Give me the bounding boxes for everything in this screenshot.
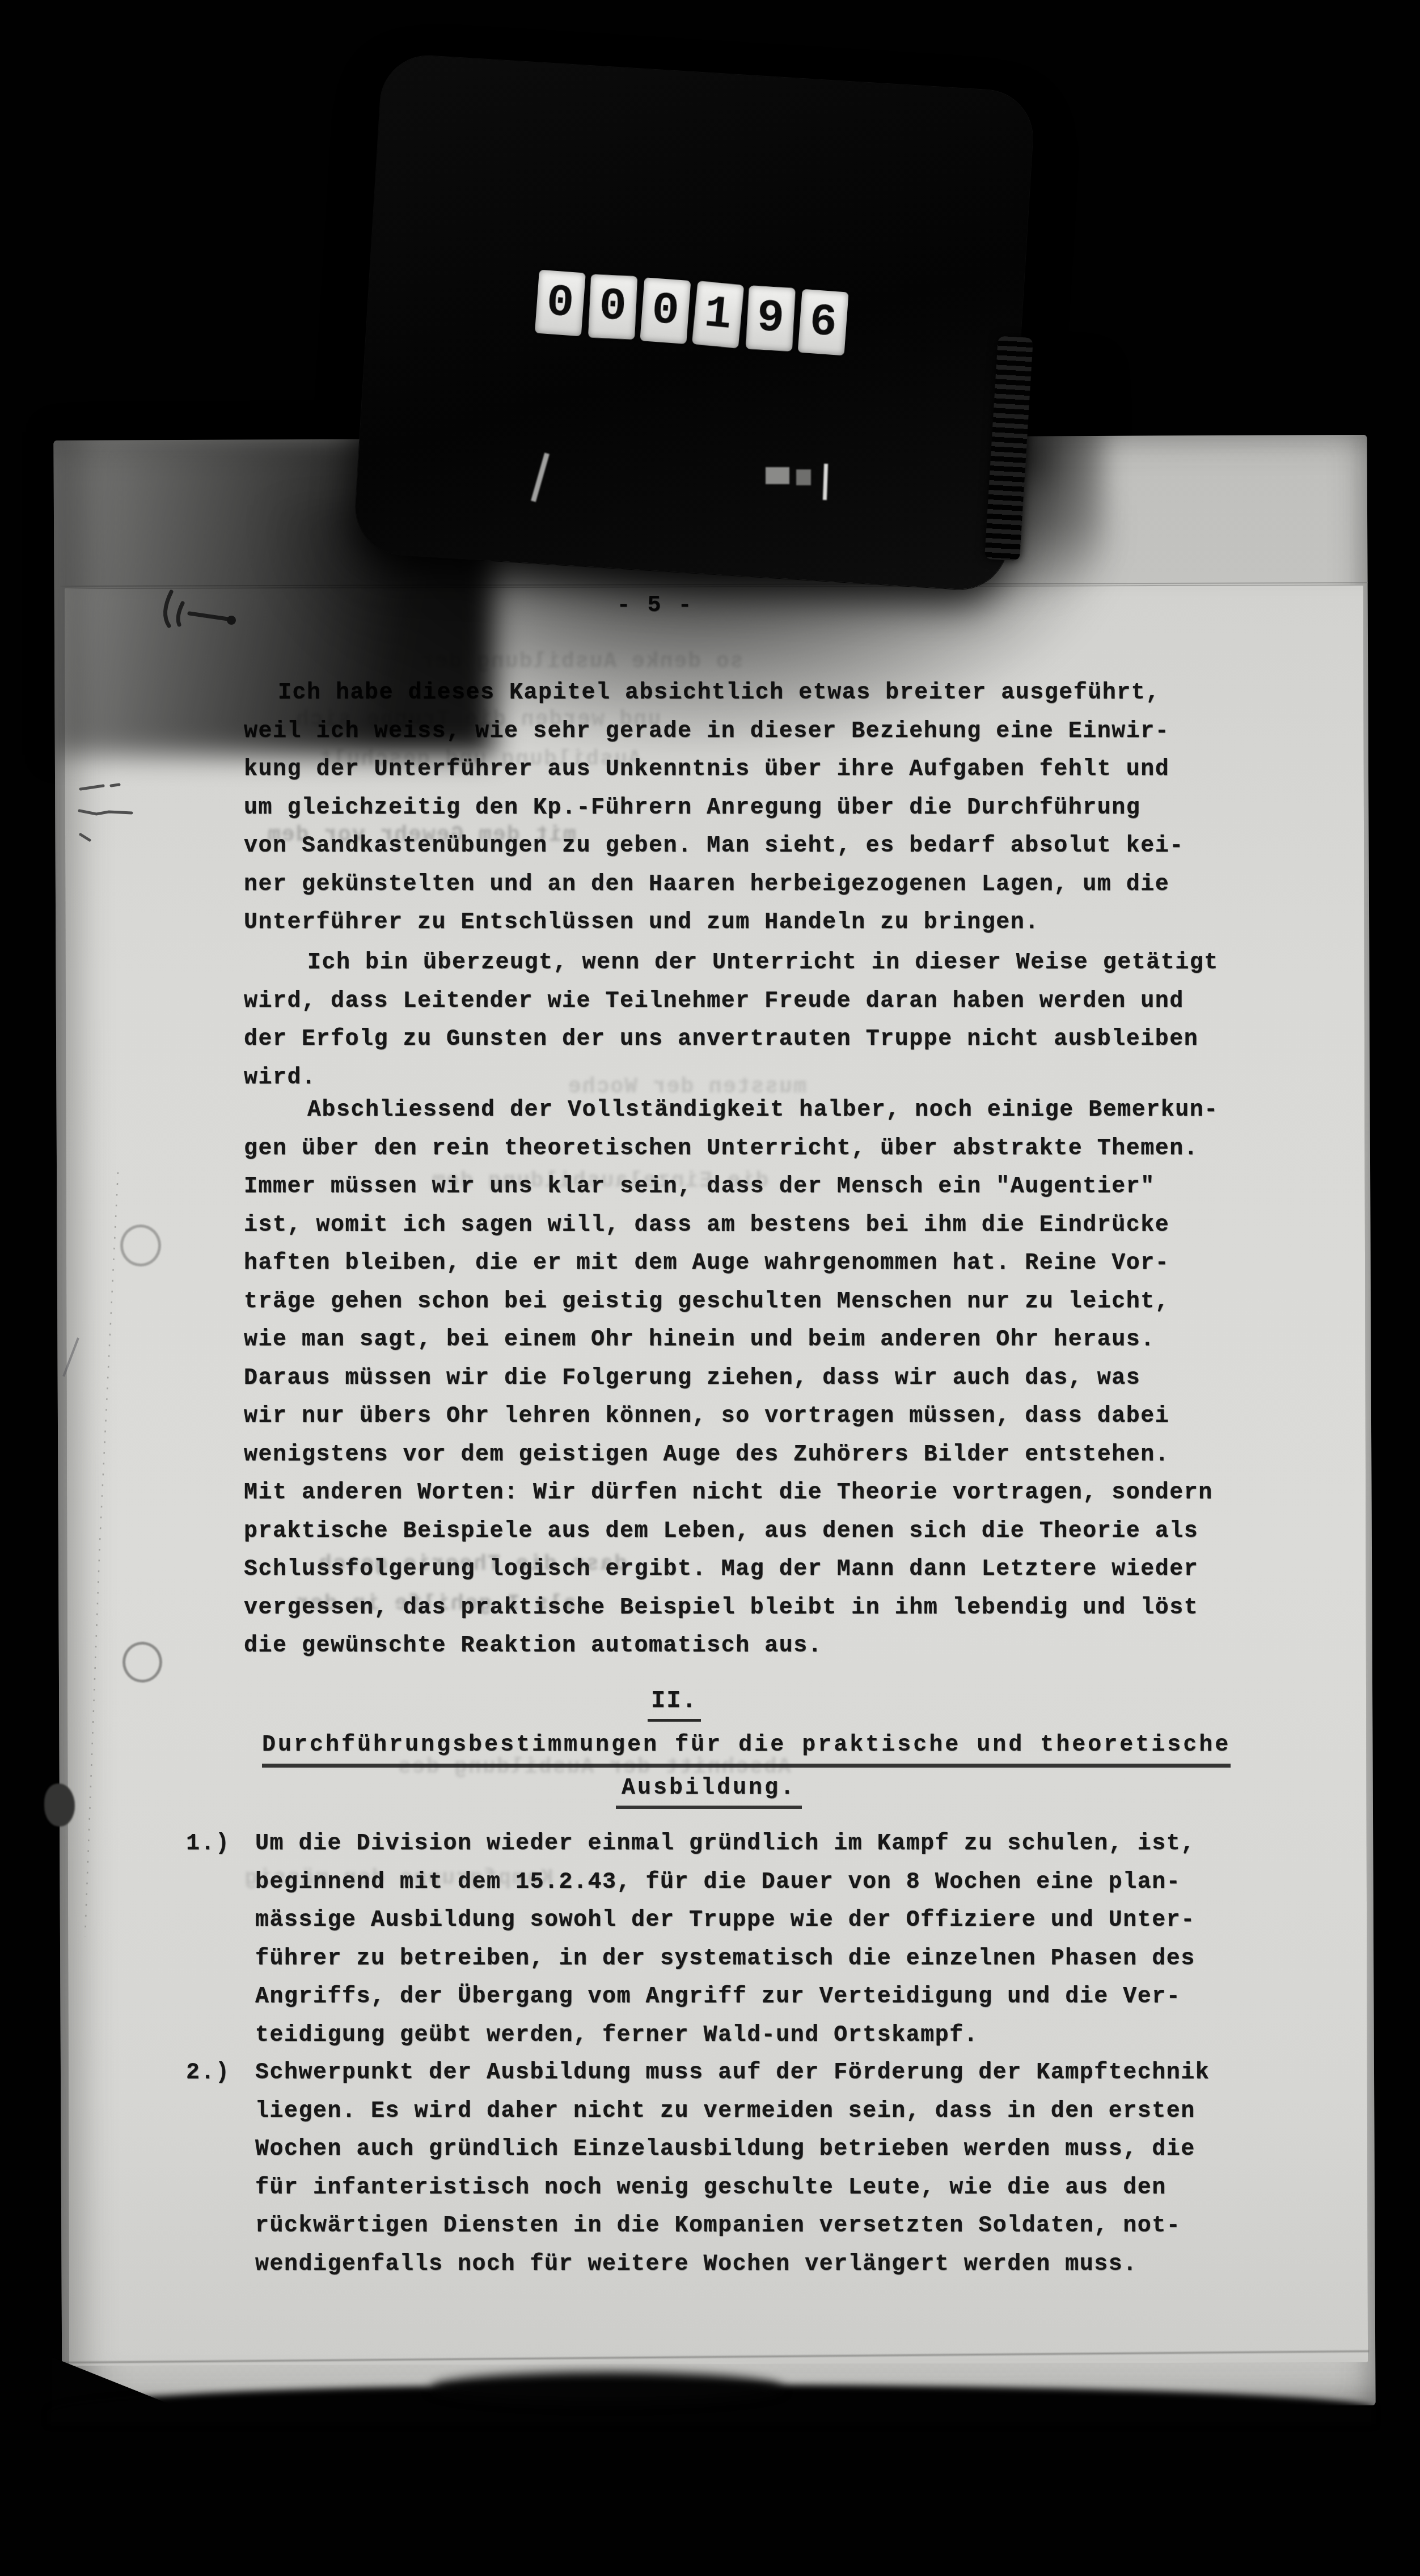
text-line: Angriffs, der Übergang vom Angriff zur V…: [255, 1978, 1253, 2016]
paragraph-1: Ich habe dieses Kapitel absichtlich etwa…: [244, 674, 1242, 942]
counter-digit: 0: [535, 270, 586, 337]
counter-digit: 1: [692, 281, 744, 348]
text-line: mässige Ausbildung sowohl der Truppe wie…: [255, 1901, 1253, 1940]
text-line: teidigung geübt werden, ferner Wald-und …: [255, 2016, 1253, 2055]
text-line: wie man sagt, bei einem Ohr hinein und b…: [244, 1321, 1242, 1359]
text-line: Schlussfolgerung logisch ergibt. Mag der…: [244, 1550, 1242, 1589]
text-line: praktische Beispiele aus dem Leben, aus …: [244, 1512, 1242, 1551]
text-line: Ich bin überzeugt, wenn der Unterricht i…: [244, 944, 1242, 982]
list-marker-1: 1.): [186, 1825, 230, 1863]
text-line: Unterführer zu Entschlüssen und zum Hand…: [244, 904, 1242, 942]
text-line: gen über den rein theoretischen Unterric…: [244, 1130, 1242, 1168]
device-label-mark: [766, 467, 789, 484]
text-line: Mit anderen Worten: Wir dürfen nicht die…: [244, 1474, 1242, 1512]
text-line: für infanteristisch noch wenig geschulte…: [255, 2169, 1253, 2208]
paragraph-3: Abschliessend der Vollständigkeit halber…: [244, 1091, 1242, 1666]
counter-digit: 9: [746, 286, 796, 351]
section-title-line1: Durchführungsbestimmungen für die prakti…: [262, 1732, 1231, 1768]
text-line: Wochen auch gründlich Einzelausbildung b…: [255, 2130, 1253, 2169]
section-numeral: II.: [648, 1687, 701, 1722]
text-line: ist, womit ich sagen will, dass am beste…: [244, 1206, 1242, 1245]
text-line: rückwärtigen Diensten in die Kompanien v…: [255, 2207, 1253, 2245]
text-line: um gleichzeitig den Kp.-Führern Anregung…: [244, 789, 1242, 828]
text-line: beginnend mit dem 15.2.43, für die Dauer…: [255, 1863, 1253, 1902]
text-line: der Erfolg zu Gunsten der uns anvertraut…: [244, 1020, 1242, 1059]
text-line: von Sandkastenübungen zu geben. Man sieh…: [244, 827, 1242, 866]
scanned-document-photo: so denke Ausbildung der und werden die T…: [0, 0, 1420, 2576]
counter-digit: 6: [798, 289, 849, 356]
section-title-line2: Ausbildung.: [616, 1776, 802, 1809]
text-line: die gewünschte Reaktion automatisch aus.: [244, 1627, 1242, 1666]
text-line: ner gekünstelten und an den Haaren herbe…: [244, 866, 1242, 904]
text-line: Immer müssen wir uns klar sein, dass der…: [244, 1168, 1242, 1206]
page-number: - 5 -: [584, 593, 726, 618]
text-line: Um die Division wieder einmal gründlich …: [255, 1825, 1253, 1863]
text-line: haften bleiben, die er mit dem Auge wahr…: [244, 1244, 1242, 1283]
text-line: wendigenfalls noch für weitere Wochen ve…: [255, 2245, 1253, 2284]
text-line: wir nur übers Ohr lehren können, so vort…: [244, 1397, 1242, 1436]
text-line: Schwerpunkt der Ausbildung muss auf der …: [255, 2054, 1253, 2092]
text-line: Ich habe dieses Kapitel absichtlich etwa…: [244, 674, 1242, 713]
list-item-2: Schwerpunkt der Ausbildung muss auf der …: [255, 2054, 1253, 2283]
text-line: führer zu betreiben, in der systematisch…: [255, 1940, 1253, 1978]
text-line: vergessen, das praktische Beispiel bleib…: [244, 1589, 1242, 1628]
text-line: träge gehen schon bei geistig geschulten…: [244, 1283, 1242, 1321]
list-item-1: Um die Division wieder einmal gründlich …: [255, 1825, 1253, 2054]
text-line: kung der Unterführer aus Unkenntnis über…: [244, 751, 1242, 789]
text-line: Daraus müssen wir die Folgerung ziehen, …: [244, 1359, 1242, 1398]
text-line: wird, dass Leitender wie Teilnehmer Freu…: [244, 982, 1242, 1021]
list-marker-2: 2.): [186, 2054, 230, 2092]
text-line: weil ich weiss, wie sehr gerade in diese…: [244, 713, 1242, 751]
text-line: Abschliessend der Vollständigkeit halber…: [244, 1091, 1242, 1130]
counter-digit: 0: [588, 274, 637, 340]
device-label-mark-2: [796, 469, 811, 485]
text-line: liegen. Es wird daher nicht zu vermeiden…: [255, 2092, 1253, 2131]
paragraph-2: Ich bin überzeugt, wenn der Unterricht i…: [244, 944, 1242, 1097]
text-line: wenigstens vor dem geistigen Auge des Zu…: [244, 1436, 1242, 1475]
counter-digit: 0: [640, 277, 691, 344]
